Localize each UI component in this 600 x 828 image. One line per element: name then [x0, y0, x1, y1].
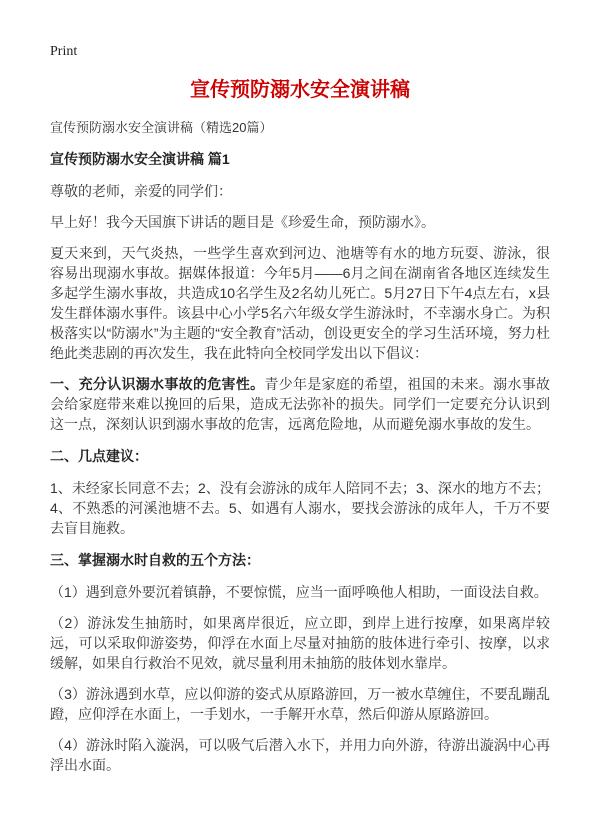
point1-paragraph: 一、充分认识溺水事故的危害性。青少年是家庭的希望，祖国的未来。溺水事故会给家庭带…	[50, 374, 550, 434]
opening-line: 早上好！我今天国旗下讲话的题目是《珍爱生命，预防溺水》。	[50, 212, 550, 232]
self-rescue-method-1: （1）遇到意外要沉着镇静，不要惊慌，应当一面呼唤他人相助，一面设法自救。	[50, 582, 550, 602]
greeting-line: 尊敬的老师，亲爱的同学们：	[50, 181, 550, 201]
background-paragraph: 夏天来到，天气炎热，一些学生喜欢到河边、池塘等有水的地方玩耍、游泳，很容易出现溺…	[50, 243, 550, 363]
self-rescue-method-2: （2）游泳发生抽筋时，如果离岸很近，应立即，到岸上进行按摩，如果离岸较远，可以采…	[50, 613, 550, 673]
self-rescue-method-3: （3）游泳遇到水草，应以仰游的姿式从原路游回，万一被水草缠住，不要乱蹦乱蹬，应仰…	[50, 684, 550, 724]
article-subtitle: 宣传预防溺水安全演讲稿（精选20篇）	[50, 118, 550, 137]
point2-heading: 二、几点建议：	[50, 446, 550, 466]
point3-heading: 三、掌握溺水时自救的五个方法：	[50, 550, 550, 570]
point1-heading: 一、充分认识溺水事故的危害性。	[50, 376, 264, 392]
page-title: 宣传预防溺水安全演讲稿	[50, 78, 550, 102]
point2-paragraph: 1、未经家长同意不去；2、没有会游泳的成年人陪同不去；3、深水的地方不去；4、不…	[50, 478, 550, 538]
document-page: Print 宣传预防溺水安全演讲稿 宣传预防溺水安全演讲稿（精选20篇） 宣传预…	[0, 0, 600, 828]
article-section-heading: 宣传预防溺水安全演讲稿 篇1	[50, 149, 550, 169]
self-rescue-method-4: （4）游泳时陷入漩涡，可以吸气后潜入水下，并用力向外游，待游出漩涡中心再浮出水面…	[50, 735, 550, 775]
print-link[interactable]: Print	[50, 44, 550, 60]
